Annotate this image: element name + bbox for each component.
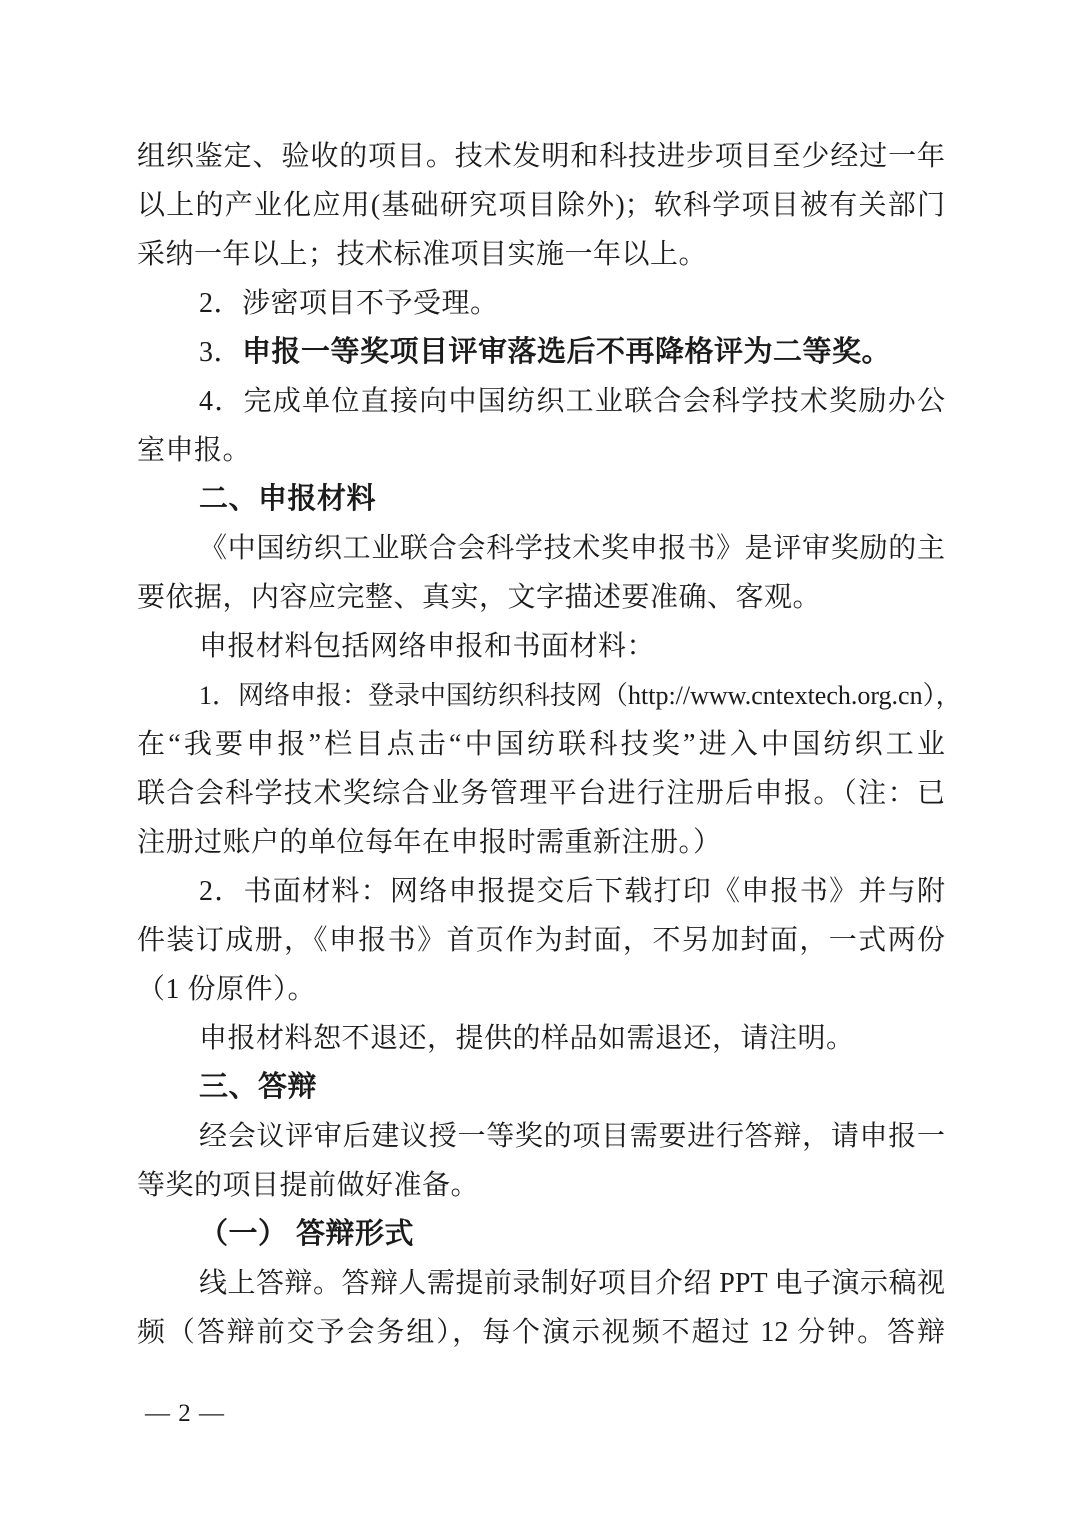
doc-line-url: 1．网络申报：登录中国纺织科技网（http://www.cntextech.or…: [137, 671, 945, 720]
doc-line: 要依据，内容应完整、真实，文字描述要准确、客观。: [137, 573, 945, 622]
doc-line: 室申报。: [137, 426, 945, 475]
doc-line: 申报材料恕不退还，提供的样品如需退还，请注明。: [137, 1014, 945, 1063]
doc-line: 申报材料包括网络申报和书面材料：: [137, 622, 945, 671]
doc-line: 联合会科学技术奖综合业务管理平台进行注册后申报。（注：已: [137, 769, 945, 818]
section-heading: 二、申报材料: [137, 475, 945, 524]
doc-line: （1 份原件）。: [137, 965, 945, 1014]
doc-line-emphasis: 3．申报一等奖项目评审落选后不再降格评为二等奖。: [137, 328, 945, 377]
document-body: 组织鉴定、验收的项目。技术发明和科技进步项目至少经过一年 以上的产业化应用(基础…: [137, 132, 945, 1357]
doc-line: 2．书面材料：网络申报提交后下载打印《申报书》并与附: [137, 867, 945, 916]
section-heading: （一） 答辩形式: [137, 1210, 945, 1259]
doc-line: 频（答辩前交予会务组），每个演示视频不超过 12 分钟。答辩: [137, 1308, 945, 1357]
doc-line: 在“我要申报”栏目点击“中国纺联科技奖”进入中国纺织工业: [137, 720, 945, 769]
page-number: — 2 —: [145, 1400, 225, 1428]
doc-line: 件装订成册，《申报书》首页作为封面，不另加封面，一式两份: [137, 916, 945, 965]
doc-line: 《中国纺织工业联合会科学技术奖申报书》是评审奖励的主: [137, 524, 945, 573]
doc-line: 采纳一年以上；技术标准项目实施一年以上。: [137, 230, 945, 279]
doc-line: 等奖的项目提前做好准备。: [137, 1161, 945, 1210]
document-page: 组织鉴定、验收的项目。技术发明和科技进步项目至少经过一年 以上的产业化应用(基础…: [0, 0, 1080, 1526]
list-number: 3．: [199, 337, 242, 368]
section-heading: 三、答辩: [137, 1063, 945, 1112]
doc-line: 线上答辩。答辩人需提前录制好项目介绍 PPT 电子演示稿视: [137, 1259, 945, 1308]
doc-line: 以上的产业化应用(基础研究项目除外)；软科学项目被有关部门: [137, 181, 945, 230]
doc-line: 经会议评审后建议授一等奖的项目需要进行答辩，请申报一: [137, 1112, 945, 1161]
doc-line-bold-text: 申报一等奖项目评审落选后不再降格评为二等奖。: [242, 336, 891, 368]
doc-line: 注册过账户的单位每年在申报时需重新注册。）: [137, 818, 945, 867]
doc-line: 组织鉴定、验收的项目。技术发明和科技进步项目至少经过一年: [137, 132, 945, 181]
doc-line: 2．涉密项目不予受理。: [137, 279, 945, 328]
doc-line: 4．完成单位直接向中国纺织工业联合会科学技术奖励办公: [137, 377, 945, 426]
